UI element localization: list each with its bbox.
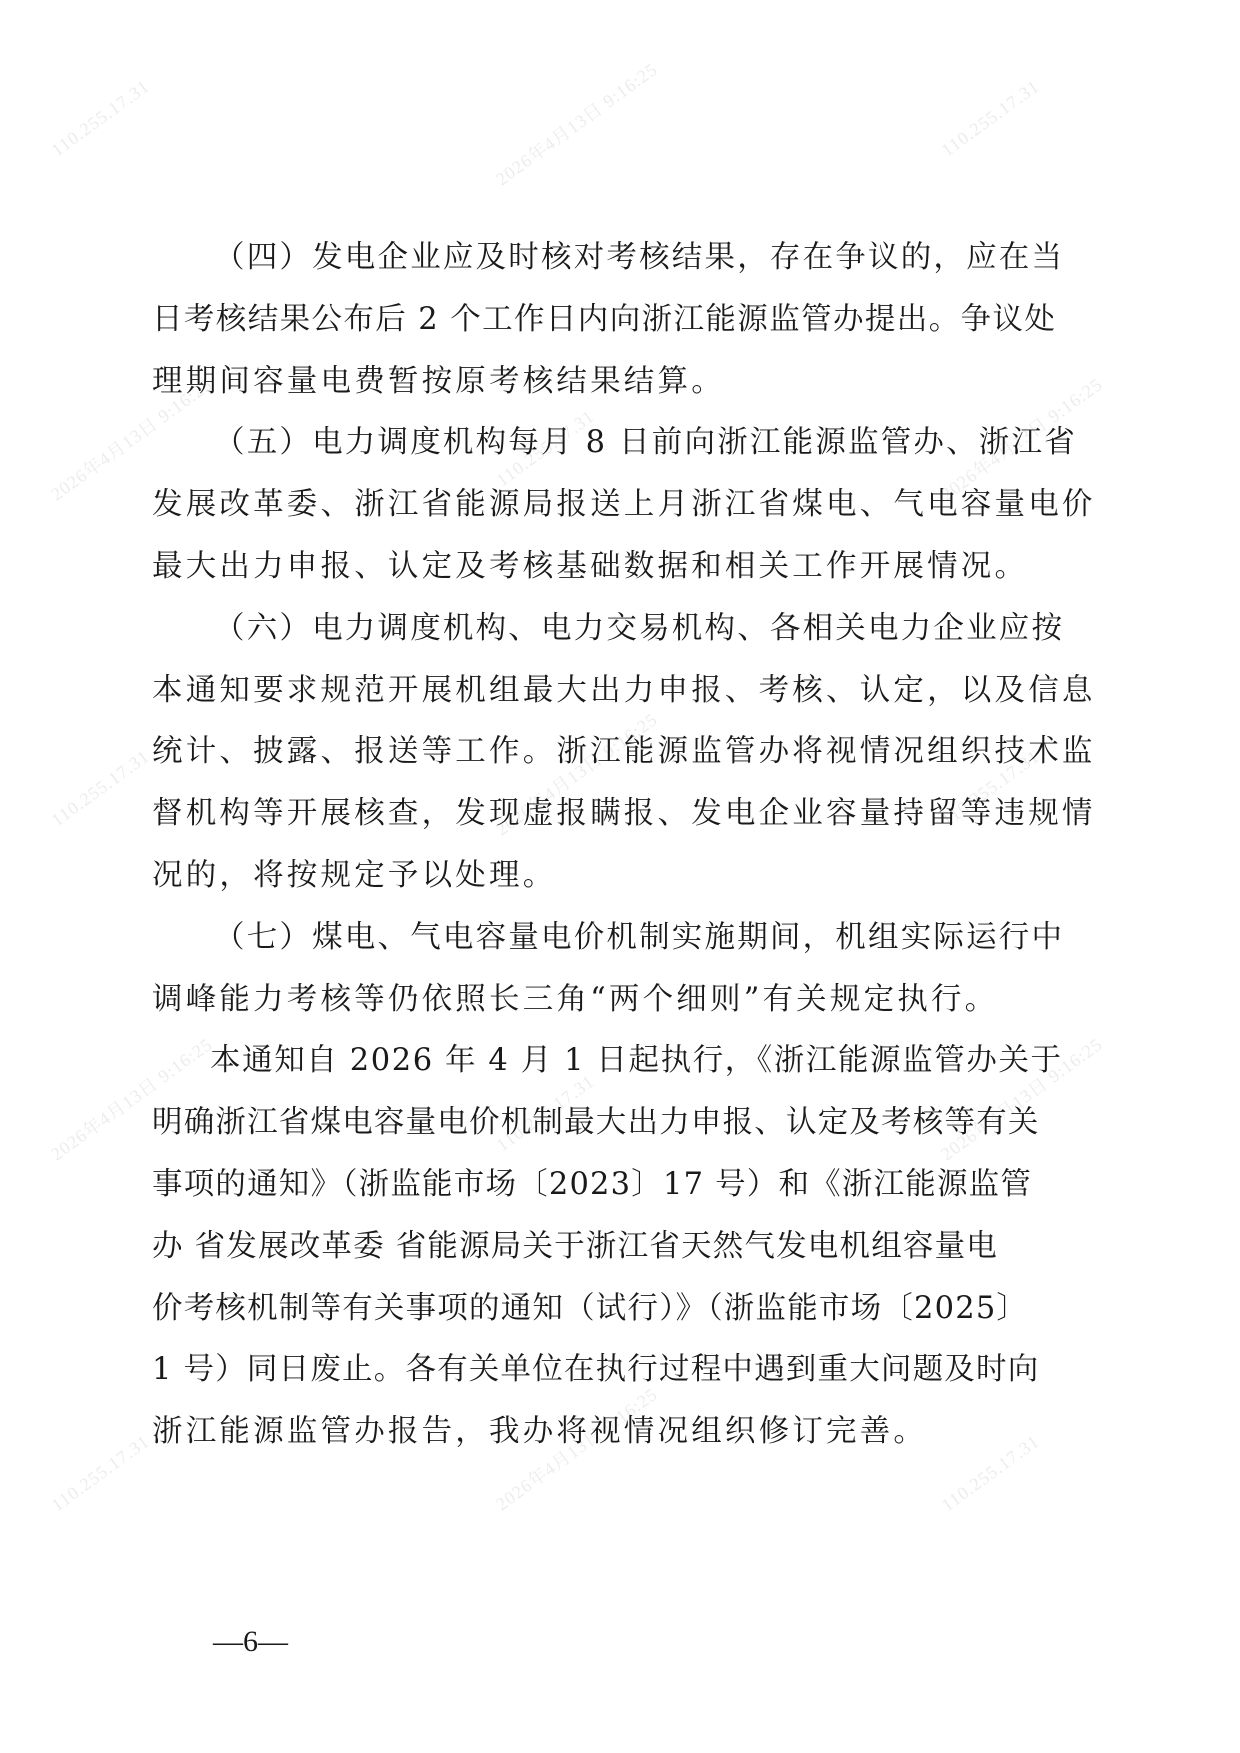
watermark: 110.255.17.31 xyxy=(48,1431,154,1516)
paragraph-7-line-1: （七）煤电、气电容量电价机制实施期间，机组实际运行中 xyxy=(152,907,1092,969)
watermark: 2026年4月13日 9:16:25 xyxy=(490,56,663,191)
page-number: —6— xyxy=(213,1625,288,1659)
closing-paragraph-line-5: 价考核机制等有关事项的通知（试行）》（浙监能市场〔2025〕 xyxy=(152,1278,1092,1340)
closing-paragraph-line-7: 浙江能源监管办报告，我办将视情况组织修订完善。 xyxy=(152,1401,1092,1463)
paragraph-5-line-2: 发展改革委、浙江省能源局报送上月浙江省煤电、气电容量电价 xyxy=(152,474,1092,536)
closing-paragraph-line-2: 明确浙江省煤电容量电价机制最大出力申报、认定及考核等有关 xyxy=(152,1092,1092,1154)
paragraph-4-line-2: 日考核结果公布后 2 个工作日内向浙江能源监管办提出。争议处 xyxy=(152,289,1092,351)
paragraph-6-line-5: 况的，将按规定予以处理。 xyxy=(152,845,1092,907)
paragraph-6-line-1: （六）电力调度机构、电力交易机构、各相关电力企业应按 xyxy=(152,598,1092,660)
watermark: 110.255.17.31 xyxy=(938,76,1044,161)
paragraph-4-line-1: （四）发电企业应及时核对考核结果，存在争议的，应在当 xyxy=(152,227,1092,289)
paragraph-5-line-1: （五）电力调度机构每月 8 日前向浙江能源监管办、浙江省 xyxy=(152,412,1092,474)
paragraph-5-line-3: 最大出力申报、认定及考核基础数据和相关工作开展情况。 xyxy=(152,536,1092,598)
closing-paragraph-line-3: 事项的通知》（浙监能市场〔2023〕17 号）和《浙江能源监管 xyxy=(152,1154,1092,1216)
paragraph-4-line-3: 理期间容量电费暂按原考核结果结算。 xyxy=(152,351,1092,413)
closing-paragraph-line-6: 1 号）同日废止。各有关单位在执行过程中遇到重大问题及时向 xyxy=(152,1339,1092,1401)
closing-paragraph-line-4: 办 省发展改革委 省能源局关于浙江省天然气发电机组容量电 xyxy=(152,1216,1092,1278)
paragraph-6-line-2: 本通知要求规范开展机组最大出力申报、考核、认定，以及信息 xyxy=(152,660,1092,722)
paragraph-6-line-3: 统计、披露、报送等工作。浙江能源监管办将视情况组织技术监 xyxy=(152,721,1092,783)
paragraph-7-line-2: 调峰能力考核等仍依照长三角“两个细则”有关规定执行。 xyxy=(152,969,1092,1031)
document-body: （四）发电企业应及时核对考核结果，存在争议的，应在当 日考核结果公布后 2 个工… xyxy=(152,227,1092,1463)
watermark: 110.255.17.31 xyxy=(48,746,154,831)
document-page: 110.255.17.31 2026年4月13日 9:16:25 110.255… xyxy=(0,0,1240,1753)
closing-paragraph-line-1: 本通知自 2026 年 4 月 1 日起执行，《浙江能源监管办关于 xyxy=(152,1030,1092,1092)
paragraph-6-line-4: 督机构等开展核查，发现虚报瞒报、发电企业容量持留等违规情 xyxy=(152,783,1092,845)
watermark: 110.255.17.31 xyxy=(48,76,154,161)
